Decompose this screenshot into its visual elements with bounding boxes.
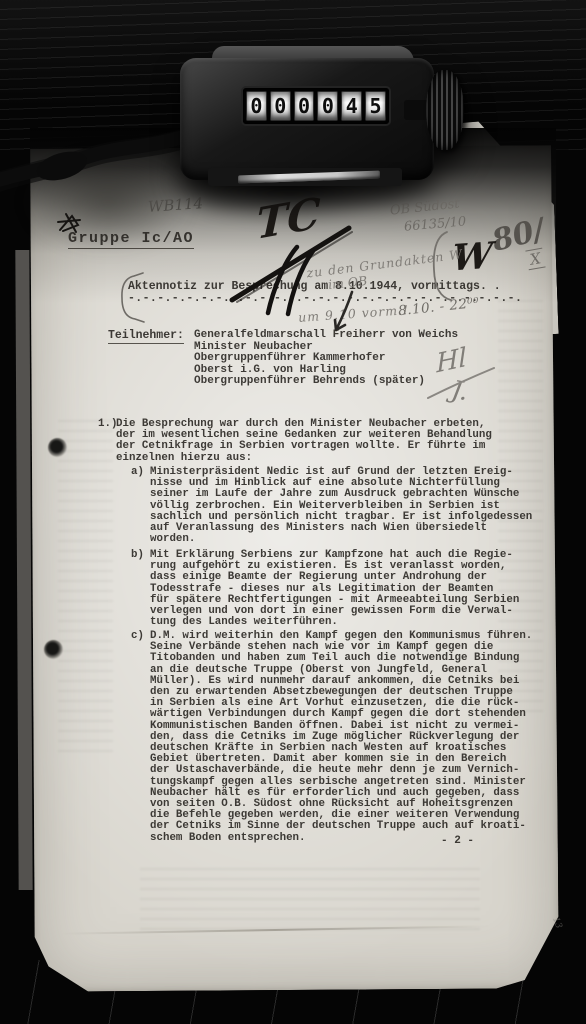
- counter-digit-6: 5: [365, 91, 386, 121]
- item-b: Mit Erklärung Serbiens zur Kampfzone hat…: [150, 550, 519, 628]
- counter-digit-4: 0: [317, 91, 338, 121]
- punch-hole-top: [48, 438, 67, 457]
- item-a: Ministerpräsident Nedic ist auf Grund de…: [150, 467, 532, 545]
- group-header: Gruppe Ic/AO: [68, 230, 194, 247]
- underlying-sheet-edge: [15, 250, 32, 890]
- counter-digit-3: 0: [294, 91, 315, 121]
- handwritten-ref-x-text: X: [525, 248, 545, 271]
- counter-reset-knob: [426, 70, 464, 150]
- participants-label-text: Teilnehmer:: [108, 329, 184, 344]
- page-number: - 2 -: [441, 836, 474, 847]
- paragraph-1: Die Besprechung war durch den Minister N…: [116, 419, 492, 464]
- item-b-label: b): [131, 550, 144, 561]
- item-a-label: a): [131, 467, 144, 478]
- participants-label: Teilnehmer:: [108, 330, 184, 342]
- counter-digit-5: 4: [341, 91, 362, 121]
- handwritten-wb-number: WB114: [147, 194, 203, 216]
- counter-digit-window: 0 0 0 0 4 5: [243, 88, 389, 124]
- item-c-label: c): [131, 631, 144, 642]
- counter-digit-2: 0: [270, 91, 291, 121]
- handwritten-ref-x: X: [526, 249, 546, 270]
- mechanical-counter: 0 0 0 0 4 5: [152, 42, 472, 194]
- group-header-text: Gruppe Ic/AO: [68, 230, 194, 249]
- punch-hole-bottom: [44, 640, 63, 659]
- item-c: D.M. wird weiterhin den Kampf gegen den …: [150, 631, 532, 844]
- archival-photo-frame: Gruppe Ic/AO Aktennotiz zur Besprechung …: [0, 0, 586, 1024]
- paragraph-1-number: 1.): [98, 419, 117, 430]
- counter-digit-1: 0: [246, 91, 267, 121]
- participants-list: Generalfeldmarschall Freiherr von Weichs…: [194, 330, 458, 388]
- handwritten-initials: Hl: [436, 343, 467, 380]
